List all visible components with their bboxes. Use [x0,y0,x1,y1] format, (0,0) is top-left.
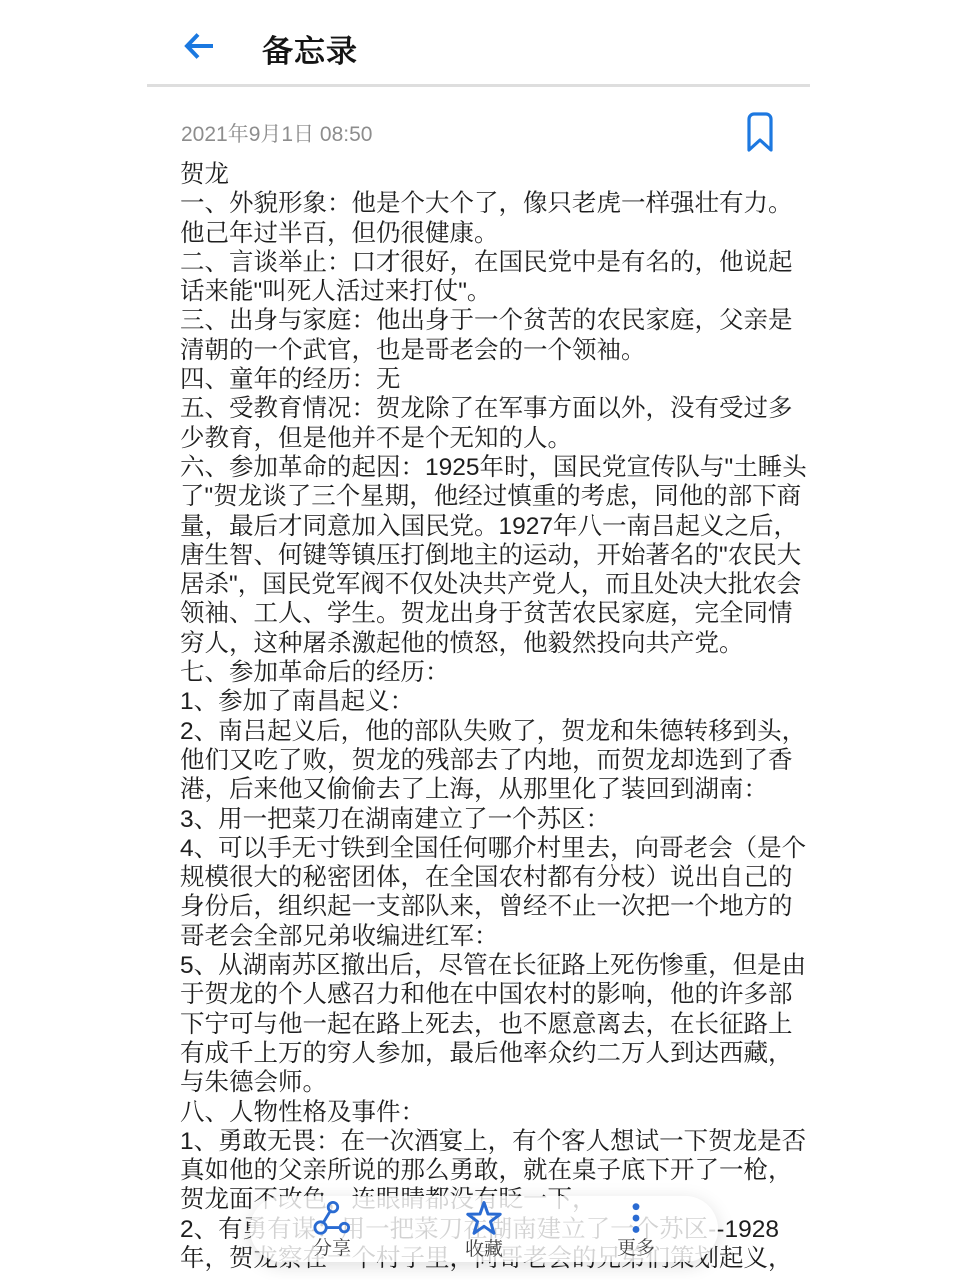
arrow-left-icon [180,26,220,66]
share-button[interactable]: 分享 [280,1200,384,1259]
favorite-label: 收藏 [465,1240,503,1260]
bottom-toolbar: 分享 收藏 更多 [250,1196,718,1262]
page-title: 备忘录 [262,26,358,71]
favorite-button[interactable]: 收藏 [432,1199,536,1260]
more-button[interactable]: 更多 [584,1200,688,1259]
star-icon [464,1199,504,1239]
header-divider [147,84,810,87]
share-label: 分享 [313,1239,351,1259]
share-icon [313,1200,351,1238]
memo-app-screen: 备忘录 2021年9月1日 08:50 贺龙 一、外貌形象：他是个大个了，像只老… [0,0,961,1280]
note-date: 2021年9月1日 08:50 [181,118,372,148]
back-button[interactable] [180,26,220,66]
bookmark-button[interactable] [742,110,778,154]
bookmark-icon [742,110,778,154]
more-label: 更多 [617,1239,655,1259]
note-body-text[interactable]: 贺龙 一、外貌形象：他是个大个了，像只老虎一样强壮有力。 他己年过半百，但仍很健… [180,160,825,1273]
more-dots-icon [617,1200,655,1238]
